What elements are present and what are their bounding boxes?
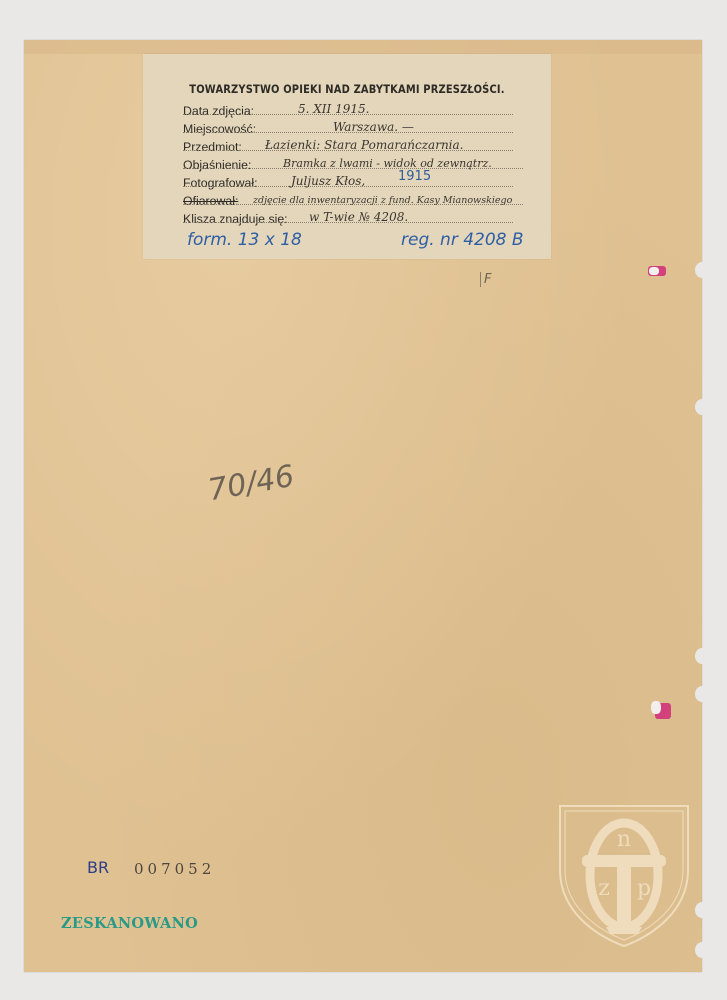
record-label-card: TOWARZYSTWO OPIEKI NAD ZABYTKAMI PRZESZŁ… (143, 54, 551, 259)
punch-notch (695, 399, 709, 415)
punch-notch (695, 648, 709, 664)
field-subject: Przedmiot: Łazienki: Stara Pomarańczarni… (183, 136, 513, 154)
field-value: Łazienki: Stara Pomarańczarnia. (265, 138, 463, 152)
field-label: Objaśnienie: (183, 158, 251, 172)
inventory-prefix: BR (87, 858, 109, 877)
paper-tear (651, 701, 673, 717)
field-label: Fotografował: (183, 176, 258, 190)
field-value: w T-wie № 4208. (309, 210, 408, 224)
punch-notch (695, 262, 709, 278)
punch-notch (695, 686, 709, 702)
field-donor: Ofiarował: zdjęcie dla inwentaryzacji z … (183, 190, 523, 208)
svg-text:z: z (598, 876, 610, 901)
field-value: zdjęcie dla inwentaryzacji z fund. Kasy … (253, 195, 512, 206)
field-label: Miejscowość: (183, 122, 256, 136)
field-value: Warszawa. — (333, 120, 414, 134)
punch-notch (695, 902, 709, 918)
field-photographer: Fotografował: Juljusz Kłos, 1915 (183, 172, 513, 190)
field-value-year: 1915 (398, 169, 431, 184)
register-note: reg. nr 4208 B (401, 230, 524, 250)
field-place: Miejscowość: Warszawa. — (183, 118, 513, 136)
punch-notch (695, 942, 709, 958)
society-title: TOWARZYSTWO OPIEKI NAD ZABYTKAMI PRZESZŁ… (172, 82, 523, 96)
field-negative: Klisza znajduje się: w T-wie № 4208. (183, 208, 513, 226)
field-date: Data zdjęcia: 5. XII 1915. (183, 100, 513, 118)
pencil-mark-f: F (480, 272, 491, 287)
document-sheet: TOWARZYSTWO OPIEKI NAD ZABYTKAMI PRZESZŁ… (24, 40, 702, 972)
inventory-number: 007052 (134, 860, 215, 878)
field-label: Klisza znajduje się: (183, 212, 288, 226)
society-emblem-icon: n z p (554, 800, 694, 950)
field-description: Objaśnienie: Bramka z lwami - widok od z… (183, 154, 523, 172)
paper-tear (646, 264, 668, 280)
format-note: form. 13 x 18 (187, 230, 302, 250)
field-value: Bramka z lwami - widok od zewnątrz. (283, 157, 492, 170)
field-label: Przedmiot: (183, 140, 242, 154)
svg-text:p: p (637, 876, 651, 901)
pencil-number: 70/46 (206, 459, 297, 508)
field-label: Data zdjęcia: (183, 104, 254, 118)
field-label: Ofiarował: (183, 194, 238, 208)
field-value: 5. XII 1915. (298, 102, 369, 116)
scanned-stamp: ZESKANOWANO (61, 915, 198, 932)
field-value: Juljusz Kłos, (291, 174, 365, 188)
svg-text:n: n (617, 827, 631, 852)
sheet-top-band (24, 40, 702, 54)
